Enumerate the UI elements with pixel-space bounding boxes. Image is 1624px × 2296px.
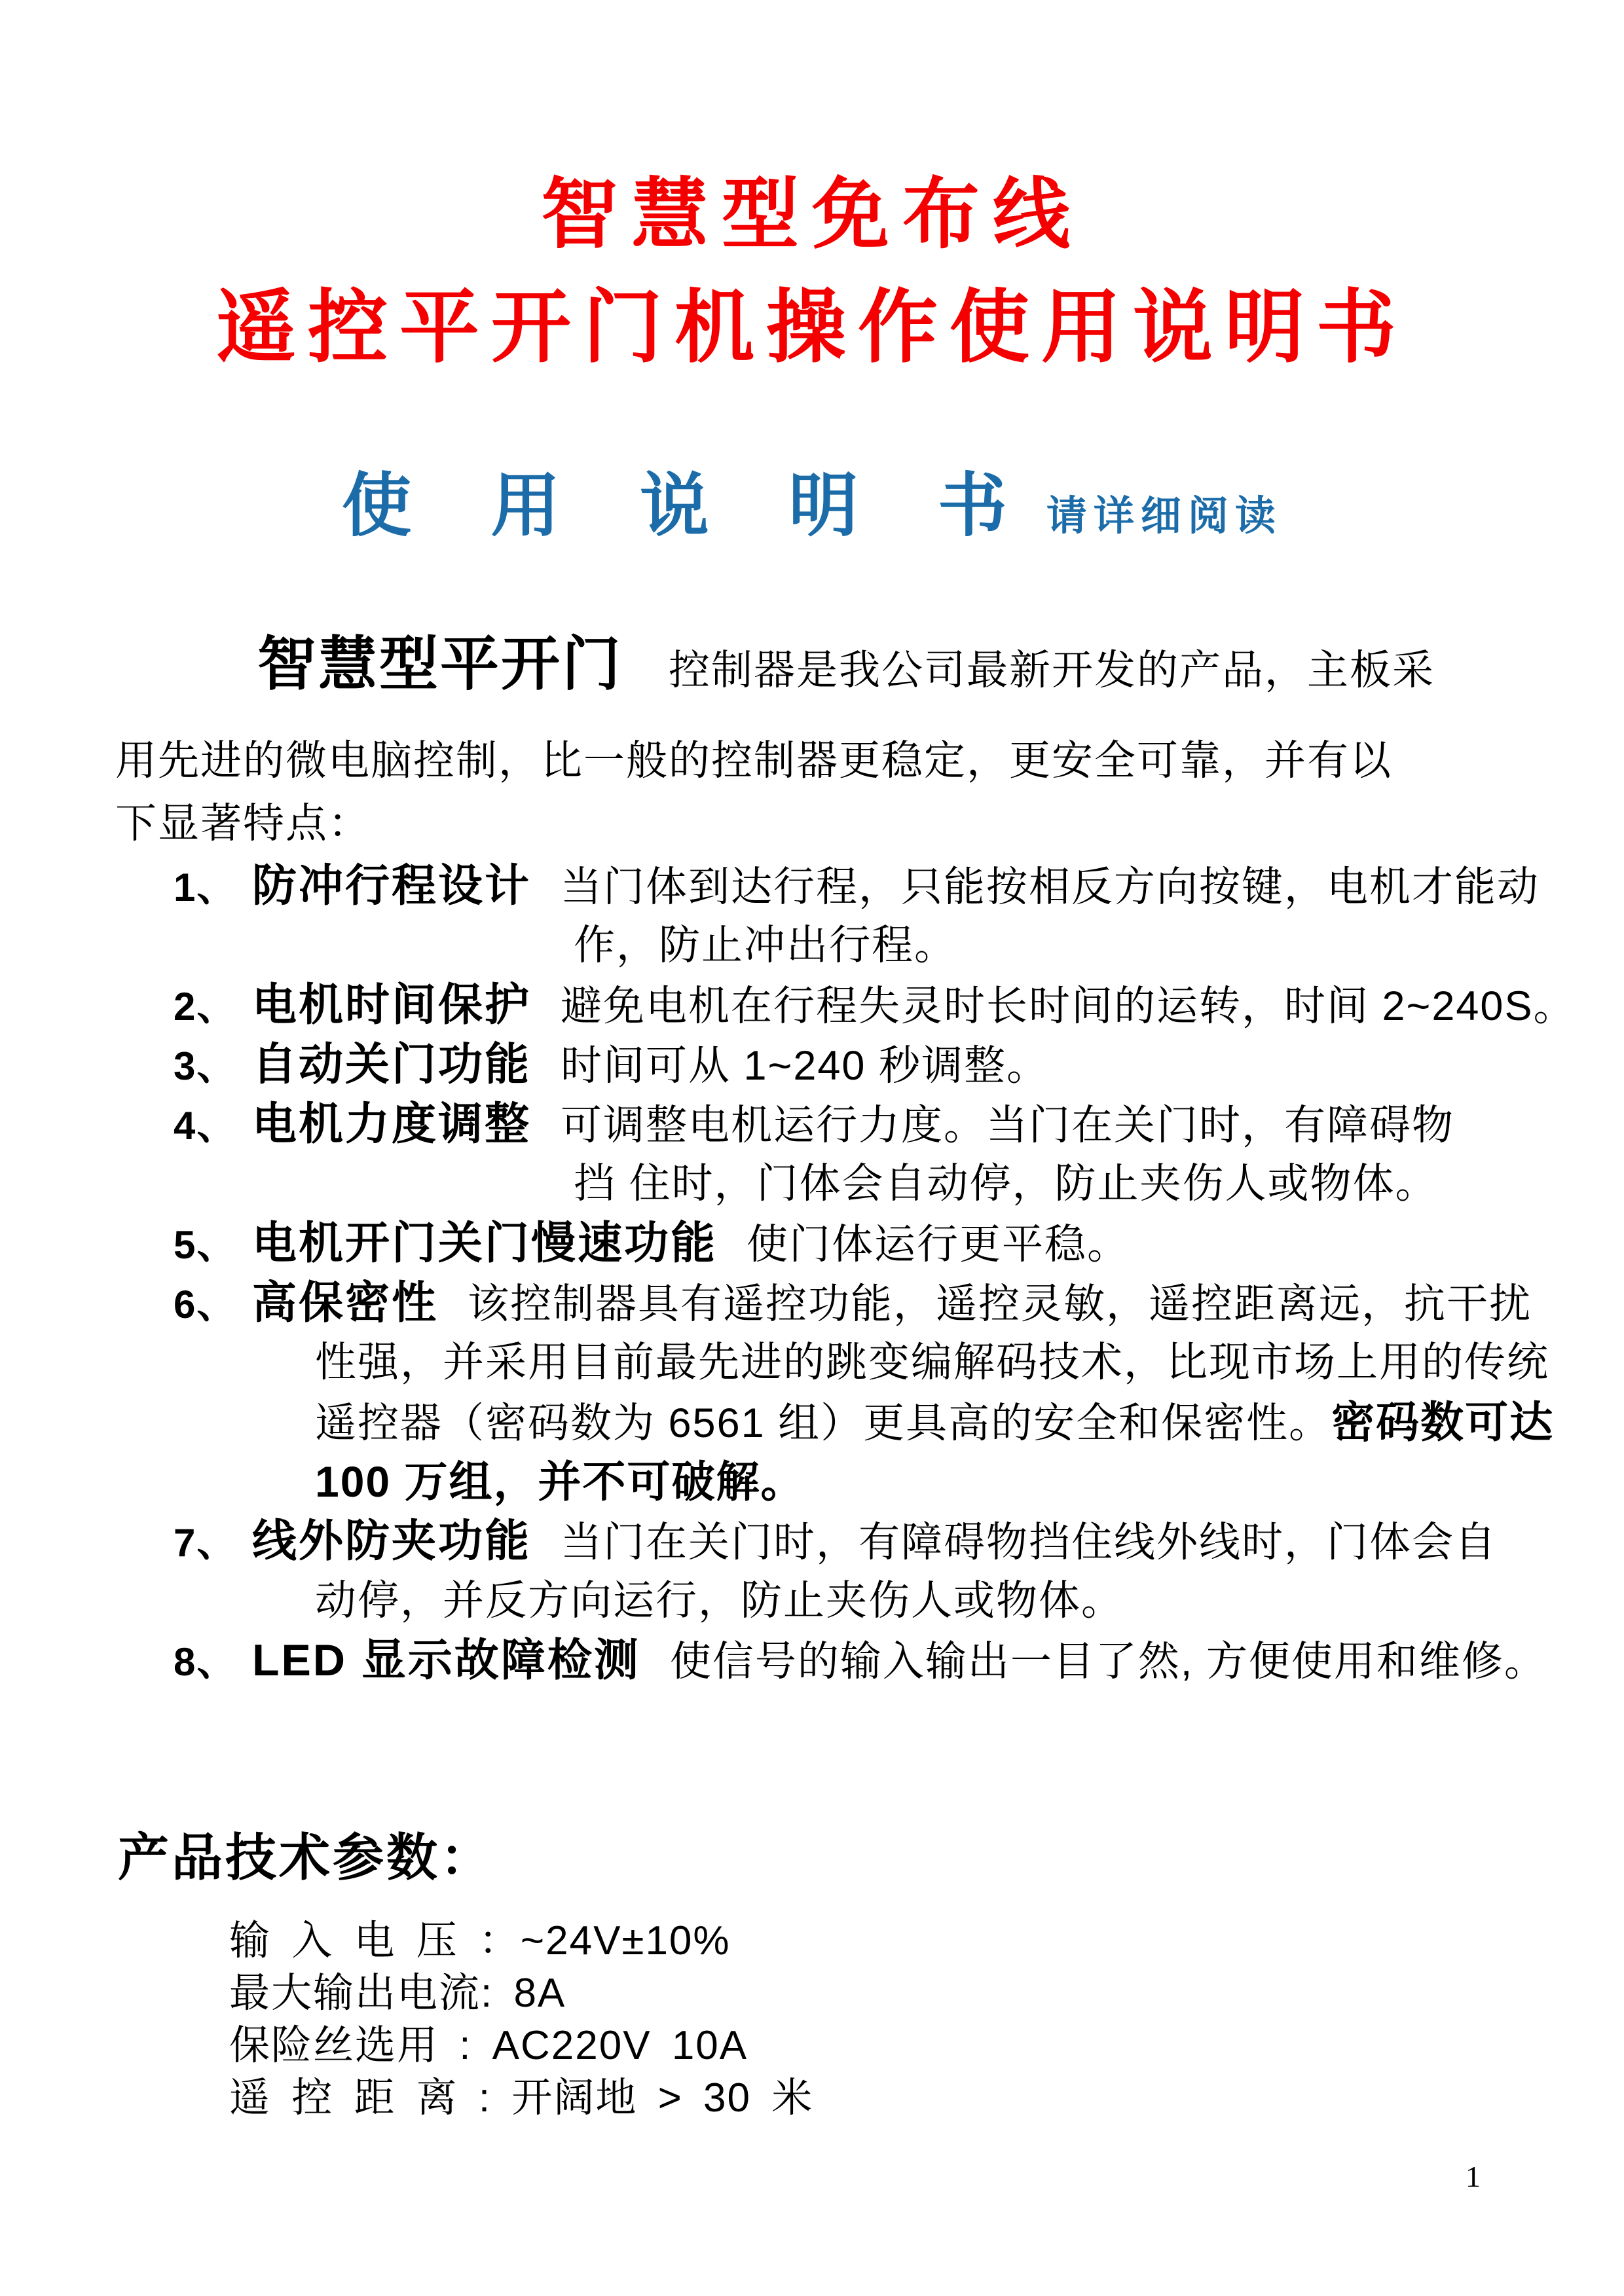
feature-title: 高保密性 bbox=[252, 1278, 438, 1328]
feature-text: 当门在关门时，有障碍物挡住线外线时，门体会自 bbox=[561, 1520, 1497, 1565]
features-list: 1、防冲行程设计当门体到达行程，只能按相反方向按键，电机才能动作，防止冲出行程。… bbox=[0, 856, 1624, 1690]
feature-text: 性强，并采用目前最先进的跳变编解码技术，比现市场上用的传统 bbox=[315, 1339, 1549, 1385]
feature-title: 电机开门关门慢速功能 bbox=[252, 1218, 717, 1268]
feature-text: 使信号的输入输出一目了然, 方便使用和维修。 bbox=[670, 1639, 1547, 1685]
subtitle-note: 请详细阅读 bbox=[1046, 483, 1282, 541]
page-number: 1 bbox=[1466, 2159, 1481, 2194]
specs-list: 输 入 电 压 ：~24V±10%最大输出电流: 8A保险丝选用 : AC220… bbox=[229, 1915, 813, 2124]
feature-title: LED 显示故障检测 bbox=[252, 1635, 640, 1685]
subtitle-row: 使 用 说 明 书 请详细阅读 bbox=[0, 450, 1624, 550]
feature-text: 动停，并反方向运行，防止夹伤人或物体。 bbox=[315, 1578, 1124, 1624]
feature-line: 遥控器（密码数为 6561 组）更具高的安全和保密性。密码数可达 bbox=[0, 1393, 1624, 1452]
feature-line: 3、自动关门功能时间可从 1~240 秒调整。 bbox=[0, 1035, 1624, 1095]
feature-line: 7、线外防夹功能当门在关门时，有障碍物挡住线外线时，门体会自 bbox=[0, 1512, 1624, 1571]
feature-line: 2、电机时间保护避免电机在行程失灵时长时间的运转，时间 2~240S。 bbox=[0, 975, 1624, 1035]
feature-line: 100 万组，并不可破解。 bbox=[0, 1452, 1624, 1512]
feature-line: 性强，并采用目前最先进的跳变编解码技术，比现市场上用的传统 bbox=[0, 1333, 1624, 1393]
feature-text: 密码数可达 bbox=[1331, 1398, 1554, 1446]
intro-line-1: 智慧型平开门控制器是我公司最新开发的产品，主板采 bbox=[115, 632, 1435, 697]
feature-line: 5、电机开门关门慢速功能使门体运行更平稳。 bbox=[0, 1214, 1624, 1273]
intro-line-2: 用先进的微电脑控制，比一般的控制器更稳定，更安全可靠，并有以 bbox=[115, 728, 1392, 793]
spec-line: 保险丝选用 : AC220V 10A bbox=[229, 2020, 813, 2072]
spec-line: 遥 控 距 离 : 开阔地 > 30 米 bbox=[229, 2072, 813, 2124]
feature-line: 8、LED 显示故障检测使信号的输入输出一目了然, 方便使用和维修。 bbox=[0, 1631, 1624, 1690]
feature-title: 防冲行程设计 bbox=[252, 861, 531, 911]
feature-number: 4、 bbox=[174, 1096, 252, 1156]
feature-text: 使门体运行更平稳。 bbox=[747, 1222, 1130, 1267]
feature-line: 动停，并反方向运行，防止夹伤人或物体。 bbox=[0, 1571, 1624, 1631]
subtitle-main: 使 用 说 明 书 bbox=[342, 450, 1037, 550]
spec-line: 输 入 电 压 ：~24V±10% bbox=[229, 1915, 813, 1967]
feature-title: 自动关门功能 bbox=[252, 1040, 531, 1089]
feature-text: 100 万组，并不可破解。 bbox=[315, 1457, 805, 1506]
feature-number: 2、 bbox=[174, 977, 252, 1036]
feature-text: 可调整电机运行力度。当门在关门时，有障碍物 bbox=[561, 1102, 1454, 1148]
feature-text: 避免电机在行程失灵时长时间的运转，时间 2~240S。 bbox=[561, 983, 1576, 1029]
feature-number: 6、 bbox=[174, 1275, 252, 1334]
feature-title: 电机力度调整 bbox=[252, 1099, 531, 1149]
feature-line: 6、高保密性该控制器具有遥控功能，遥控灵敏，遥控距离远，抗干扰 bbox=[0, 1273, 1624, 1333]
feature-text: 当门体到达行程，只能按相反方向按键，电机才能动 bbox=[561, 864, 1540, 910]
feature-line: 4、电机力度调整可调整电机运行力度。当门在关门时，有障碍物 bbox=[0, 1095, 1624, 1154]
feature-number: 3、 bbox=[174, 1036, 252, 1096]
tech-params-heading: 产品技术参数： bbox=[118, 1817, 494, 1890]
feature-title: 电机时间保护 bbox=[252, 980, 531, 1030]
manual-page: 智慧型免布线 遥控平开门机操作使用说明书 使 用 说 明 书 请详细阅读 智慧型… bbox=[0, 0, 1624, 2296]
feature-line: 1、防冲行程设计当门体到达行程，只能按相反方向按键，电机才能动 bbox=[0, 856, 1624, 916]
intro-text: 控制器是我公司最新开发的产品，主板采 bbox=[669, 647, 1435, 693]
main-title-line2: 遥控平开门机操作使用说明书 bbox=[0, 263, 1624, 378]
feature-number: 7、 bbox=[174, 1513, 252, 1573]
feature-text: 时间可从 1~240 秒调整。 bbox=[561, 1043, 1049, 1089]
intro-lead: 智慧型平开门 bbox=[257, 632, 623, 697]
feature-text: 该控制器具有遥控功能，遥控灵敏，遥控距离远，抗干扰 bbox=[468, 1281, 1532, 1327]
feature-line: 作，防止冲出行程。 bbox=[0, 916, 1624, 975]
feature-number: 5、 bbox=[174, 1215, 252, 1275]
feature-text: 挡 住时，门体会自动停，防止夹伤人或物体。 bbox=[574, 1161, 1438, 1207]
main-title-line1: 智慧型免布线 bbox=[0, 152, 1624, 263]
intro-line-3: 下显著特点： bbox=[115, 791, 371, 856]
feature-line: 挡 住时，门体会自动停，防止夹伤人或物体。 bbox=[0, 1154, 1624, 1214]
feature-title: 线外防夹功能 bbox=[252, 1516, 531, 1566]
spec-line: 最大输出电流: 8A bbox=[229, 1967, 813, 2020]
feature-number: 8、 bbox=[174, 1632, 252, 1692]
feature-text: 作，防止冲出行程。 bbox=[574, 922, 957, 968]
feature-text: 遥控器（密码数为 6561 组）更具高的安全和保密性。 bbox=[315, 1400, 1331, 1446]
feature-number: 1、 bbox=[174, 858, 252, 917]
